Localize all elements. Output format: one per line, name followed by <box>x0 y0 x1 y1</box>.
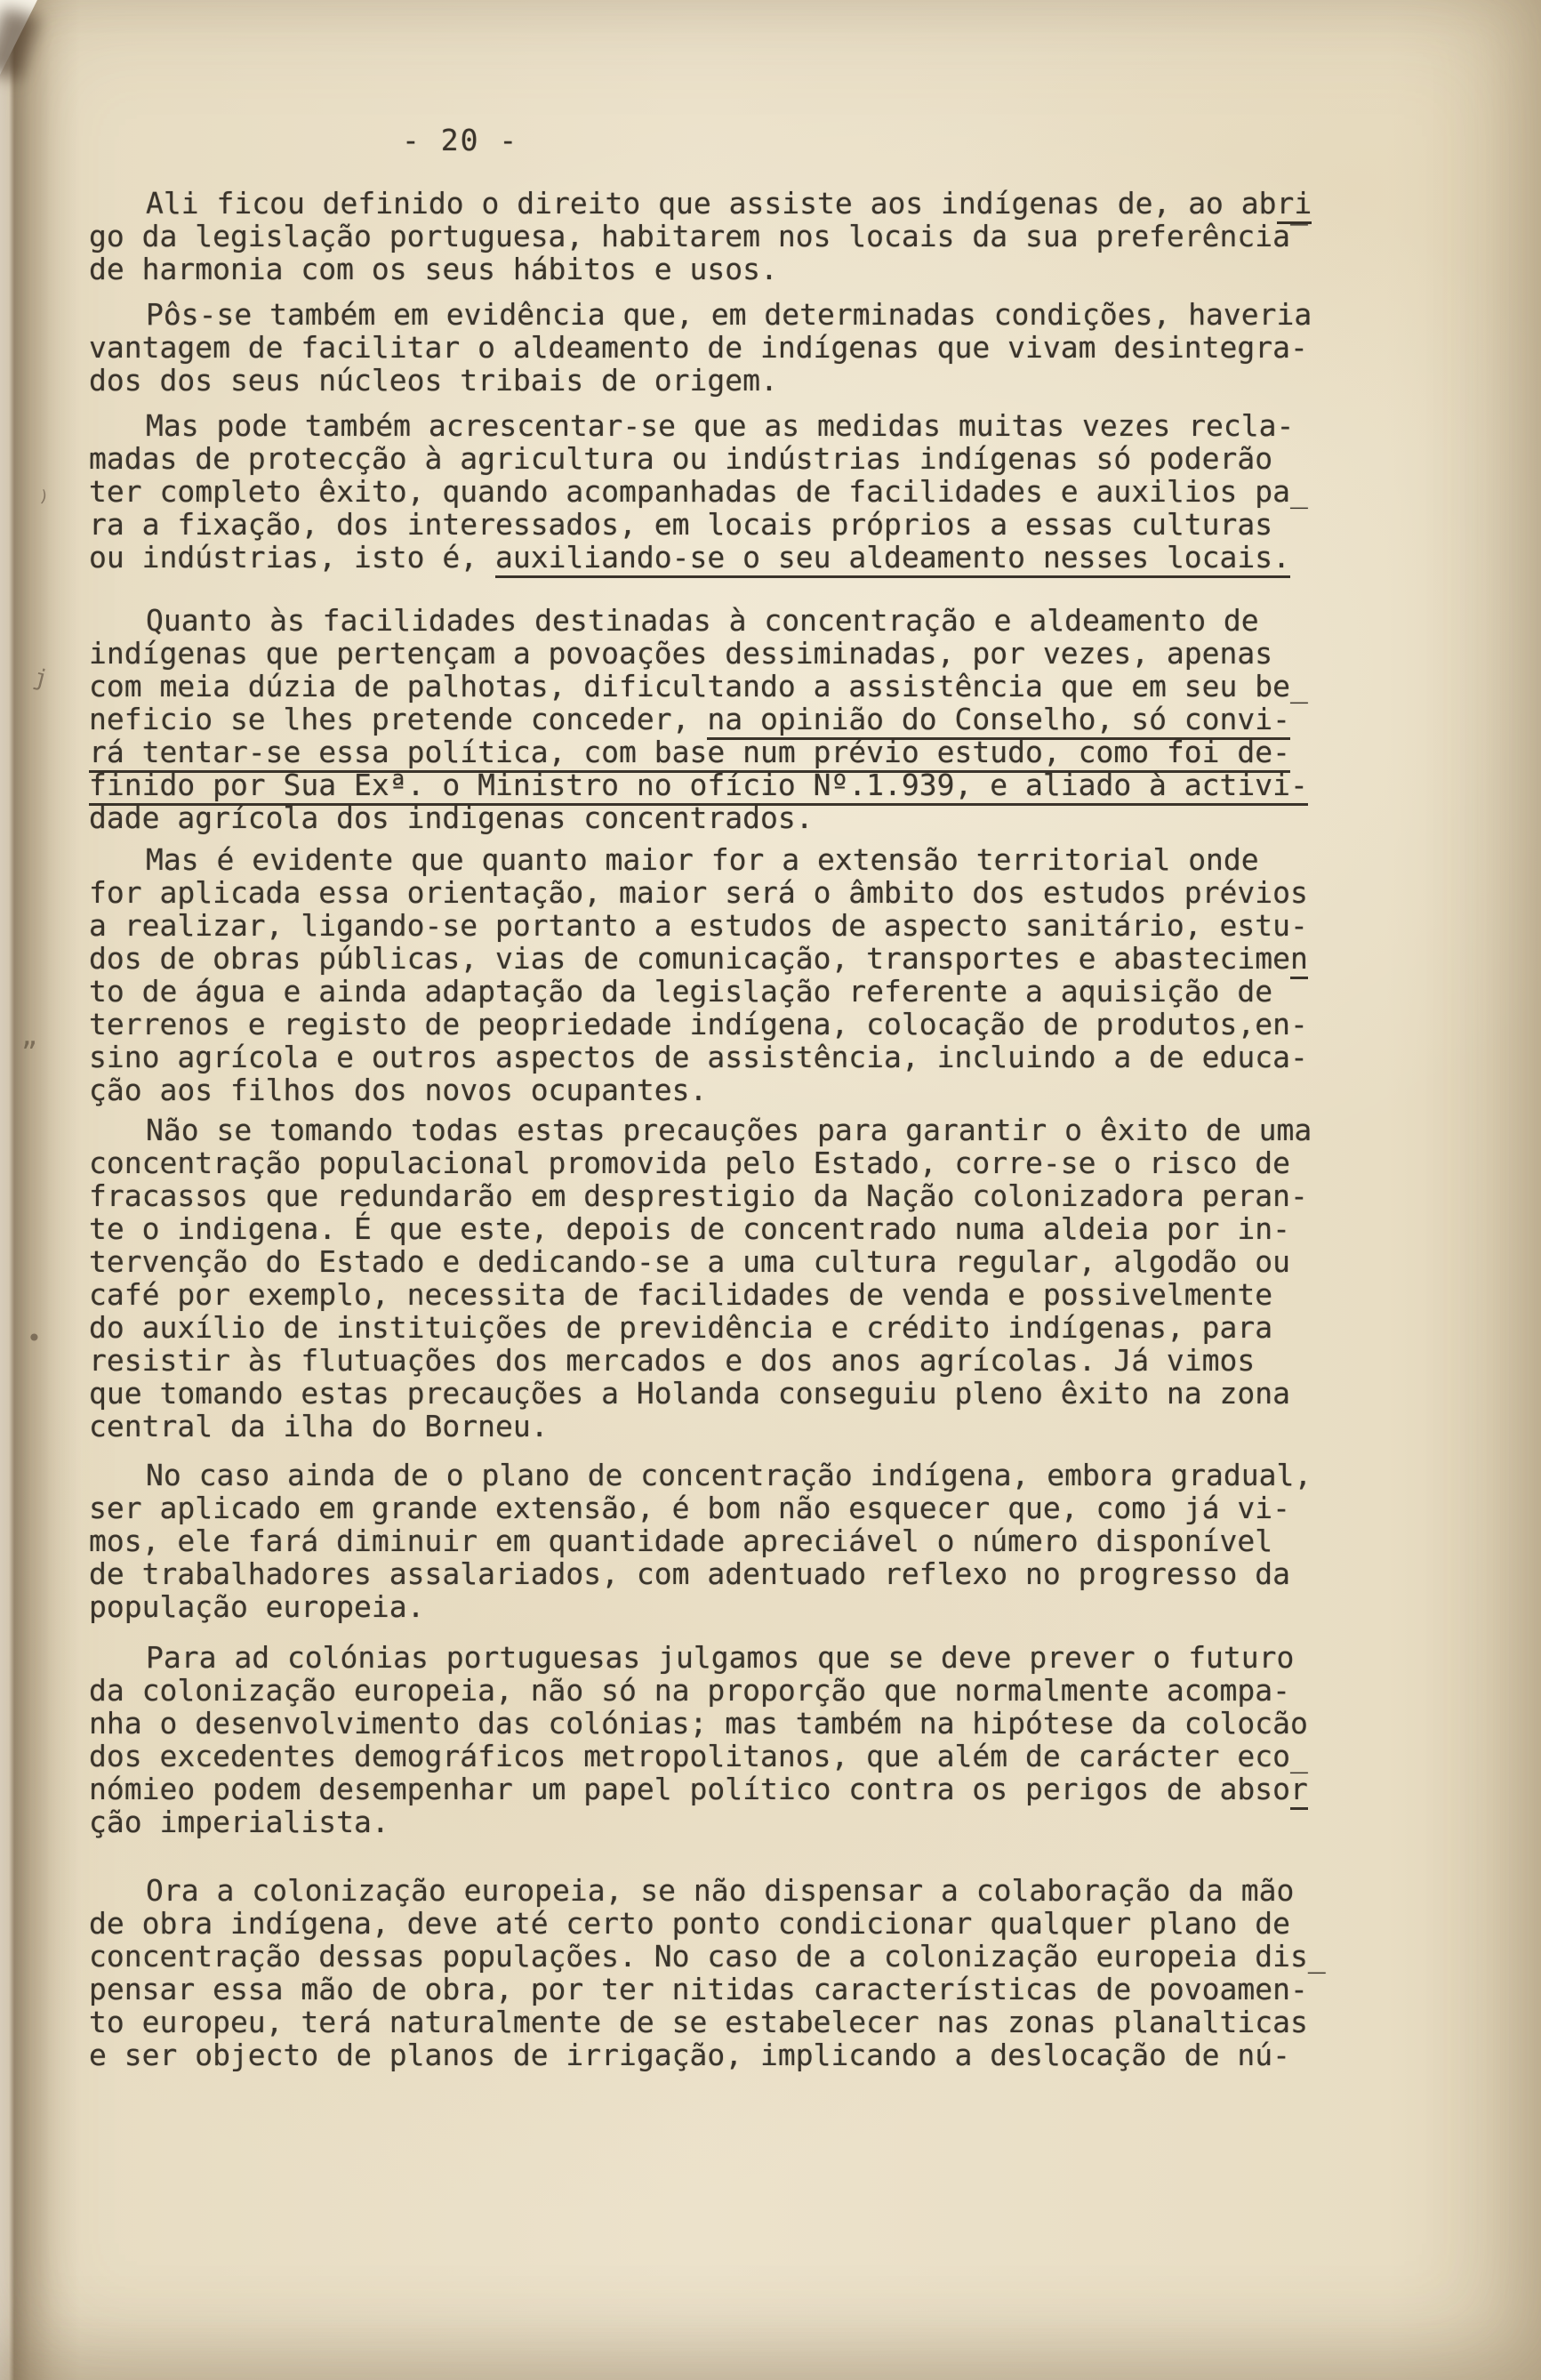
text-line: dos de obras públicas, vias de comunicaç… <box>89 942 1423 975</box>
text-segment: Pôs-se também em evidência que, em deter… <box>146 297 1312 332</box>
text-line: resistir às flutuações dos mercados e do… <box>89 1344 1423 1377</box>
document-text: Ali ficou definido o direito que assiste… <box>89 187 1423 2071</box>
text-segment: ter completo êxito, quando acompanhadas … <box>89 474 1308 509</box>
paragraph: Mas pode também acrescentar-se que as me… <box>89 409 1423 574</box>
text-line: ser aplicado em grande extensão, é bom n… <box>89 1492 1423 1524</box>
text-line: sino agrícola e outros aspectos de assis… <box>89 1041 1423 1073</box>
margin-mark: „ <box>21 1021 37 1052</box>
text-segment: dos de obras públicas, vias de comunicaç… <box>89 941 1290 976</box>
text-line: Mas é evidente que quanto maior for a ex… <box>89 843 1423 876</box>
text-segment: tervenção do Estado e dedicando-se a uma… <box>89 1244 1290 1279</box>
text-segment: de trabalhadores assalariados, com adent… <box>89 1556 1290 1591</box>
text-line: rá tentar-se essa política, com base num… <box>89 736 1423 768</box>
text-line: Para ad colónias portuguesas julgamos qu… <box>89 1641 1423 1674</box>
text-line: ção imperialista. <box>89 1805 1423 1838</box>
text-line: população europeia. <box>89 1590 1423 1623</box>
text-line: nha o desenvolvimento das colónias; mas … <box>89 1707 1423 1740</box>
paragraph: Mas é evidente que quanto maior for a ex… <box>89 843 1423 1106</box>
text-segment: a realizar, ligando-se portanto a estudo… <box>89 908 1308 943</box>
text-segment: te o indigena. É que este, depois de con… <box>89 1211 1290 1246</box>
text-segment: vantagem de facilitar o aldeamento de in… <box>89 330 1308 365</box>
text-segment: da colonização europeia, não só na propo… <box>89 1673 1290 1708</box>
text-line: neficio se lhes pretende conceder, na op… <box>89 703 1423 736</box>
text-segment: com meia dúzia de palhotas, dificultando… <box>89 669 1308 704</box>
text-line: ter completo êxito, quando acompanhadas … <box>89 475 1423 508</box>
text-line: dade agrícola dos indigenas concentrados… <box>89 801 1423 834</box>
text-line: to de água e ainda adaptação da legislaç… <box>89 975 1423 1008</box>
text-segment: madas de protecção à agricultura ou indú… <box>89 441 1272 476</box>
text-segment: nha o desenvolvimento das colónias; mas … <box>89 1706 1308 1741</box>
paragraph: Não se tomando todas estas precauções pa… <box>89 1114 1423 1443</box>
paragraph: Pôs-se também em evidência que, em deter… <box>89 298 1423 397</box>
text-line: a realizar, ligando-se portanto a estudo… <box>89 909 1423 942</box>
text-line: Mas pode também acrescentar-se que as me… <box>89 409 1423 442</box>
text-line: Ali ficou definido o direito que assiste… <box>89 187 1423 220</box>
text-segment: café por exemplo, necessita de facilidad… <box>89 1277 1272 1312</box>
margin-mark: ) <box>38 486 51 506</box>
text-segment: que tomando estas precauções a Holanda c… <box>89 1376 1290 1411</box>
text-segment: central da ilha do Borneu. <box>89 1409 549 1443</box>
text-line: go da legislação portuguesa, habitarem n… <box>89 220 1423 253</box>
margin-mark: • <box>27 1323 42 1353</box>
text-line: café por exemplo, necessita de facilidad… <box>89 1278 1423 1311</box>
text-line: do auxílio de instituições de previdênci… <box>89 1311 1423 1344</box>
text-line: ou indústrias, isto é, auxiliando-se o s… <box>89 541 1423 574</box>
text-line: indígenas que pertençam a povoações dess… <box>89 637 1423 670</box>
text-line: madas de protecção à agricultura ou indú… <box>89 442 1423 475</box>
paragraph: Ali ficou definido o direito que assiste… <box>89 187 1423 285</box>
text-segment: to europeu, terá naturalmente de se esta… <box>89 2005 1308 2039</box>
text-line: da colonização europeia, não só na propo… <box>89 1674 1423 1707</box>
text-segment: de harmonia com os seus hábitos e usos. <box>89 252 778 286</box>
text-segment: Não se tomando todas estas precauções pa… <box>146 1113 1312 1147</box>
text-segment: pensar essa mão de obra, por ter nitidas… <box>89 1972 1308 2006</box>
text-line: pensar essa mão de obra, por ter nitidas… <box>89 1973 1423 2006</box>
text-segment: dos excedentes demográficos metropolitan… <box>89 1739 1308 1773</box>
text-line: concentração dessas populações. No caso … <box>89 1940 1423 1973</box>
text-segment: fracassos que redundarão em desprestigio… <box>89 1178 1308 1213</box>
text-segment: ção imperialista. <box>89 1805 389 1839</box>
text-segment: indígenas que pertençam a povoações dess… <box>89 636 1272 671</box>
paragraph: Quanto às facilidades destinadas à conce… <box>89 604 1423 834</box>
underlined-text: n <box>1290 941 1308 979</box>
text-segment: to de água e ainda adaptação da legislaç… <box>89 974 1272 1009</box>
text-segment: go da legislação portuguesa, habitarem n… <box>89 219 1308 253</box>
page-number: - 20 - <box>402 123 518 157</box>
text-segment: Ora a colonização europeia, se não dispe… <box>146 1873 1294 1908</box>
paragraph: Ora a colonização europeia, se não dispe… <box>89 1874 1423 2071</box>
text-line: to europeu, terá naturalmente de se esta… <box>89 2006 1423 2038</box>
text-line: Pôs-se também em evidência que, em deter… <box>89 298 1423 331</box>
text-segment: de obra indígena, deve até certo ponto c… <box>89 1906 1290 1941</box>
text-segment: No caso ainda de o plano de concentração… <box>146 1458 1312 1492</box>
text-line: ra a fixação, dos interessados, em locai… <box>89 508 1423 541</box>
text-line: com meia dúzia de palhotas, dificultando… <box>89 670 1423 703</box>
margin-mark: j <box>31 664 51 694</box>
text-segment: Mas é evidente que quanto maior for a ex… <box>146 842 1259 877</box>
paragraph: No caso ainda de o plano de concentração… <box>89 1459 1423 1623</box>
underlined-text: auxiliando-se o seu aldeamento nesses lo… <box>495 540 1290 578</box>
text-line: ção aos filhos dos novos ocupantes. <box>89 1073 1423 1106</box>
text-line: terrenos e registo de peopriedade indíge… <box>89 1008 1423 1041</box>
text-segment: resistir às flutuações dos mercados e do… <box>89 1343 1255 1378</box>
text-line: que tomando estas precauções a Holanda c… <box>89 1377 1423 1410</box>
text-line: central da ilha do Borneu. <box>89 1410 1423 1443</box>
text-segment: dade agrícola dos indigenas concentrados… <box>89 800 814 835</box>
text-segment: ser aplicado em grande extensão, é bom n… <box>89 1491 1290 1525</box>
text-line: dos excedentes demográficos metropolitan… <box>89 1740 1423 1773</box>
text-segment: e ser objecto de planos de irrigação, im… <box>89 2038 1290 2072</box>
text-segment: Para ad colónias portuguesas julgamos qu… <box>146 1640 1294 1675</box>
text-line: finido por Sua Exª. o Ministro no ofício… <box>89 768 1423 801</box>
text-segment: Ali ficou definido o direito que assiste… <box>146 186 1277 221</box>
scanned-page: - 20 - Ali ficou definido o direito que … <box>0 0 1541 2380</box>
text-segment: ção aos filhos dos novos ocupantes. <box>89 1073 707 1107</box>
text-line: nómieo podem desempenhar um papel políti… <box>89 1773 1423 1805</box>
text-segment: do auxílio de instituições de previdênci… <box>89 1310 1272 1345</box>
text-line: Quanto às facilidades destinadas à conce… <box>89 604 1423 637</box>
text-line: de obra indígena, deve até certo ponto c… <box>89 1907 1423 1940</box>
text-line: de trabalhadores assalariados, com adent… <box>89 1557 1423 1590</box>
text-line: for aplicada essa orientação, maior será… <box>89 876 1423 909</box>
text-segment: for aplicada essa orientação, maior será… <box>89 875 1308 910</box>
text-segment: ou indústrias, isto é, <box>89 540 495 575</box>
text-segment: Mas pode também acrescentar-se que as me… <box>146 408 1294 443</box>
text-line: tervenção do Estado e dedicando-se a uma… <box>89 1245 1423 1278</box>
text-line: de harmonia com os seus hábitos e usos. <box>89 253 1423 285</box>
text-segment: concentração populacional promovida pelo… <box>89 1146 1290 1180</box>
text-line: e ser objecto de planos de irrigação, im… <box>89 2038 1423 2071</box>
scan-corner-smudge <box>0 6 39 80</box>
text-line: te o indigena. É que este, depois de con… <box>89 1212 1423 1245</box>
text-line: dos dos seus núcleos tribais de origem. <box>89 364 1423 397</box>
text-segment: ra a fixação, dos interessados, em locai… <box>89 507 1272 542</box>
text-segment: neficio se lhes pretende conceder, <box>89 702 707 736</box>
underlined-text: r <box>1290 1772 1308 1810</box>
text-line: concentração populacional promovida pelo… <box>89 1146 1423 1179</box>
text-segment: mos, ele fará diminuir em quantidade apr… <box>89 1524 1272 1558</box>
text-line: Não se tomando todas estas precauções pa… <box>89 1114 1423 1146</box>
text-segment: nómieo podem desempenhar um papel políti… <box>89 1772 1290 1806</box>
text-line: mos, ele fará diminuir em quantidade apr… <box>89 1524 1423 1557</box>
text-line: No caso ainda de o plano de concentração… <box>89 1459 1423 1492</box>
text-segment: Quanto às facilidades destinadas à conce… <box>146 603 1259 638</box>
text-segment: população europeia. <box>89 1589 425 1624</box>
text-segment: dos dos seus núcleos tribais de origem. <box>89 363 778 398</box>
text-segment: terrenos e registo de peopriedade indíge… <box>89 1007 1308 1041</box>
text-line: fracassos que redundarão em desprestigio… <box>89 1179 1423 1212</box>
paragraph: Para ad colónias portuguesas julgamos qu… <box>89 1641 1423 1838</box>
text-line: vantagem de facilitar o aldeamento de in… <box>89 331 1423 364</box>
text-line: Ora a colonização europeia, se não dispe… <box>89 1874 1423 1907</box>
text-segment: sino agrícola e outros aspectos de assis… <box>89 1040 1308 1074</box>
text-segment: concentração dessas populações. No caso … <box>89 1939 1326 1974</box>
